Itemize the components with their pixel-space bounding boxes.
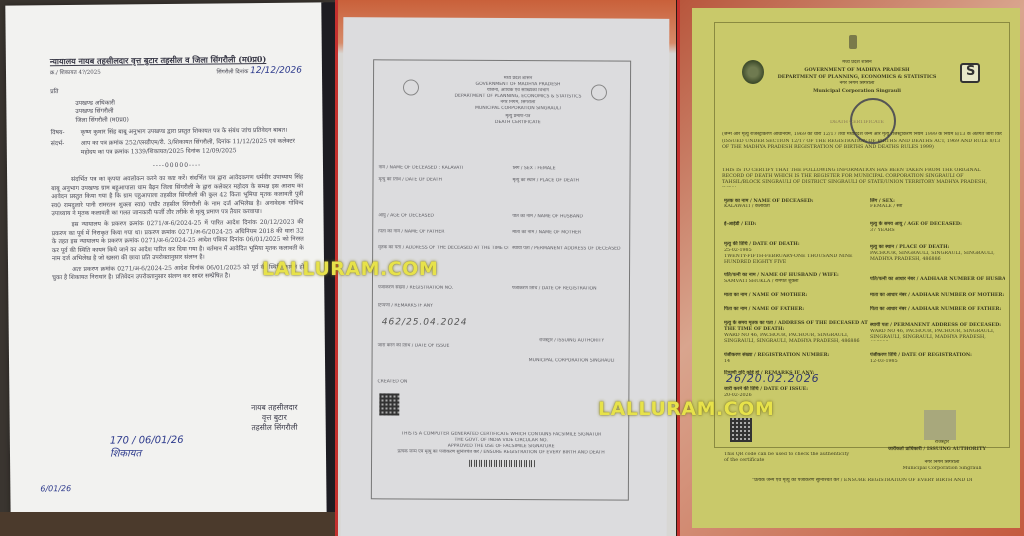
letter-to: प्रति xyxy=(50,86,302,97)
barcode xyxy=(469,460,535,467)
field-value: SAMVATI SHUKLA / रामपत शुक्ला xyxy=(724,279,854,285)
field: मृत्यु की तिथि / DATE OF DEATH xyxy=(378,177,498,184)
field: स्थायी पता / PERMANENT ADDRESS OF DECEAS… xyxy=(512,246,622,253)
field: माता का नाम / NAME OF MOTHER xyxy=(512,230,622,237)
field-value: PACHOUR, SINGRAULI, SINGRAULI, SINGRAULI… xyxy=(870,251,1005,263)
field-label: माता का आधार नंबर / AADHAAR NUMBER OF MO… xyxy=(870,292,1005,298)
header-line: DEPARTMENT OF PLANNING, ECONOMICS & STAT… xyxy=(772,74,942,80)
floor-background xyxy=(0,512,336,536)
field-value: 37 YEARS xyxy=(870,228,1000,234)
field-label: पंजीकरण तिथि / DATE OF REGISTRATION: xyxy=(870,352,1005,358)
field-label: मृत्यु के समय मृतक का पता / ADDRESS OF T… xyxy=(724,320,869,332)
field-value: WARD NO 46, PACHOUR, PACHOUR, SINGRAULI,… xyxy=(724,333,864,345)
certificate-title: DEATH CERTIFICATE xyxy=(802,120,912,126)
reference-label: संदर्भ- xyxy=(51,140,73,157)
address-line: जिला सिंगरौली (म0प्र0) xyxy=(75,115,302,126)
field: आयु / AGE OF DECEASED xyxy=(378,213,498,220)
date-handwritten: 12/12/2026 xyxy=(250,65,302,76)
subject-text: कृष्ण कुमार सिंह बाबू अनुभाग उपखण्ड द्वा… xyxy=(81,126,288,137)
bottom-handwriting: 6/01/26 xyxy=(40,485,71,494)
inward-number: 170 / 06/01/26 xyxy=(110,434,184,448)
signature-line: तहसील सिंगरौली xyxy=(251,423,298,433)
field-label: पंजीकरण संख्या / REGISTRATION NUMBER: xyxy=(724,352,854,358)
field: मृत्यु का स्थान / PLACE OF DEATH xyxy=(512,178,622,185)
letter-address: उपखण्ड अधिकारी उपखण्ड सिंगरौली जिला सिंग… xyxy=(50,97,302,125)
state-seal-icon xyxy=(403,79,419,95)
field-label: पिता का नाम / NAME OF FATHER: xyxy=(724,306,854,312)
reference-text: आप का पत्र क्रमांक 252/एसडीएम/री. 3/शिका… xyxy=(81,138,303,158)
field-label: मृत्यु के समय आयु / AGE OF DECEASED: xyxy=(870,221,1000,227)
subject-label: विषय- xyxy=(51,129,73,138)
field-label: ई-आईडी / EID: xyxy=(724,221,854,227)
field-value: WARD NO 46, PACHOUR, PACHOUR, SINGRAULI,… xyxy=(870,329,1005,341)
header-line: GOVERNMENT OF MADHYA PRADESH xyxy=(782,67,932,73)
letter-title: न्यायालय नायब तहसीलदार वृत्त बुटार तहसील… xyxy=(50,55,302,66)
letter-date: सिंगरौली दिनांक 12/12/2026 xyxy=(216,66,302,76)
panel-divider xyxy=(677,0,680,536)
handwritten-remark: 462/25.04.2024 xyxy=(382,317,468,327)
field-label: पति/पत्नी का नाम / NAME OF HUSBAND / WIF… xyxy=(724,272,864,278)
mp-state-seal-icon xyxy=(742,60,764,84)
field: रजिस्ट्रार / ISSUING AUTHORITY xyxy=(522,338,622,345)
authority-line: Municipal Corporation Singrauli xyxy=(892,466,992,472)
field: टिप्पणी / REMARKS IF ANY xyxy=(378,303,498,310)
field-label: माता का नाम / NAME OF MOTHER: xyxy=(724,292,854,298)
letter-subject: विषय- कृष्ण कुमार सिंह बाबू अनुभाग उपखण्… xyxy=(51,126,303,137)
qr-code xyxy=(379,393,399,415)
qr-code xyxy=(730,418,752,442)
field-label: पति/पत्नी का आधार नंबर / AADHAAR NUMBER … xyxy=(870,276,1005,282)
letter-reference: संदर्भ- आप का पत्र क्रमांक 252/एसडीएम/री… xyxy=(51,138,303,158)
letter-separator: ----00000---- xyxy=(51,161,303,172)
footer: "प्रत्येक जन्म एवं मृत्यु का पंजीकरण सुन… xyxy=(752,478,972,484)
header-line: मध्य प्रदेश शासन xyxy=(802,60,912,66)
header-line: MUNICIPAL CORPORATION SINGRAULI xyxy=(453,106,583,113)
letter-signature-block: नायब तहसीलदार वृत्त बुटार तहसील सिंगरौली xyxy=(251,403,298,433)
inward-word: शिकायत xyxy=(110,447,184,461)
field-label: मृत्यु की तिथि / DATE OF DEATH: xyxy=(724,241,854,247)
header-line: नगर निगम सिंगरौली xyxy=(802,81,912,87)
field-label: स्थायी पता / PERMANENT ADDRESS OF DECEAS… xyxy=(870,322,1005,328)
header-line: DEATH CERTIFICATE xyxy=(473,120,563,126)
letter-ref-line: क्र./ शिकायत 4?/2025 सिंगरौली दिनांक 12/… xyxy=(50,66,302,78)
field: पंजीकरण तिथि / DATE OF REGISTRATION xyxy=(512,286,622,293)
handwritten-inward-note: 170 / 06/01/26 शिकायत xyxy=(110,434,184,461)
intro-hindi: (जन्म और मृत्यु रजिस्ट्रीकरण अधिनियम, 19… xyxy=(722,132,1002,138)
field-label: पिता का आधार नंबर / AADHAAR NUMBER OF FA… xyxy=(870,306,1005,312)
footer-line: प्रत्येक जन्म एवं मृत्यु का पंजीकरण सुनि… xyxy=(391,449,611,456)
field: मृतक का पता / ADDRESS OF THE DECEASED AT… xyxy=(378,245,508,252)
signature-line: नायब तहसीलदार xyxy=(251,403,298,413)
field: CREATED ON xyxy=(377,379,437,385)
field: MUNICIPAL CORPORATION SINGRAULI xyxy=(522,358,622,365)
corporation-seal-icon xyxy=(591,84,607,100)
field-value: 12-03-1985 xyxy=(870,359,930,365)
handwritten-remark: 26/20.02.2026 xyxy=(726,372,820,385)
watermark: LALLURAM.COM xyxy=(598,398,774,420)
signature-line: वृत्त बुटार xyxy=(251,413,298,423)
field-label: जारी करने की तिथि / DATE OF ISSUE: xyxy=(724,386,854,392)
death-certificate: मध्य प्रदेश शासन GOVERNMENT OF MADHYA PR… xyxy=(692,8,1020,528)
crs-logo-icon xyxy=(960,63,980,83)
field: पंजीकरण संख्या / REGISTRATION NO. xyxy=(378,285,498,292)
national-emblem-icon xyxy=(849,35,857,49)
letter-ref-no: क्र./ शिकायत 4?/2025 xyxy=(50,68,101,78)
watermark: LALLURAM.COM xyxy=(262,258,438,280)
date-label: सिंगरौली दिनांक xyxy=(216,69,248,75)
field: लिंग / SEX : FEMALE xyxy=(513,166,623,173)
header-line: Municipal Corporation Singrauli xyxy=(792,88,922,94)
field-value: FEMALE / स्त्री xyxy=(870,204,1000,210)
field-value: KALAWATI / कलावती xyxy=(724,204,854,210)
field: नाम / NAME OF DECEASED : KALAVATI xyxy=(379,165,499,172)
field: जारी करने की तिथि / DATE OF ISSUE xyxy=(378,343,498,350)
certify-text: THIS IS TO CERTIFY THAT THE FOLLOWING IN… xyxy=(722,168,1002,187)
field-value: TWENTY-FIFTH-FEBRUARY-ONE THOUSAND NINE … xyxy=(724,254,864,266)
intro-english: (ISSUED UNDER SECTION 12/17 OF THE REGIS… xyxy=(722,139,1002,157)
field: पति का नाम / NAME OF HUSBAND xyxy=(512,214,622,221)
authority-line: जारीकर्ता प्राधिकारी / ISSUING AUTHORITY xyxy=(872,446,1002,452)
yellow-certificate-photo-panel: मध्य प्रदेश शासन GOVERNMENT OF MADHYA PR… xyxy=(680,0,1024,536)
qr-note: This QR code can be used to check the au… xyxy=(724,452,854,464)
registrar-signature xyxy=(924,410,956,440)
letter-paragraph: संदर्भित पत्र का कृपया अवलोकन करने का कष… xyxy=(51,174,303,220)
field-value: 14 xyxy=(724,359,784,365)
field: पिता का नाम / NAME OF FATHER xyxy=(378,229,498,236)
field-label: मृत्यु का स्थान / PLACE OF DEATH: xyxy=(870,244,1000,250)
